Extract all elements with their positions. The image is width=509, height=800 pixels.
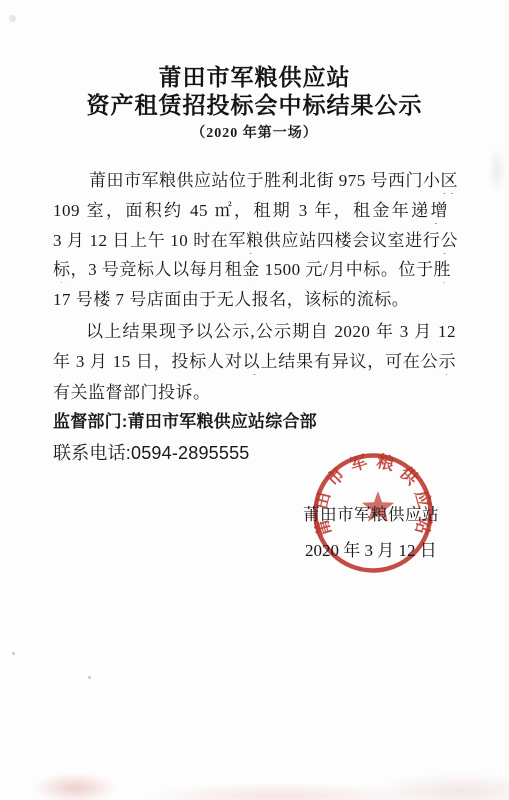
scan-speck	[12, 652, 15, 655]
body-line: 3 月 12 日上午 10 时在军粮供应站四楼会议室进行公开招投	[53, 230, 458, 254]
scanned-notice-page: 莆田市军粮供应站 资产租赁招投标会中标结果公示 （2020 年第一场） 莆田市军…	[0, 0, 509, 800]
body-line: 有关监督部门投诉。	[53, 381, 211, 405]
body-line: 109 室，面积约 45 ㎡，租期 3 年，租金年递增 3%。于 2020 年	[53, 200, 448, 224]
body-line: 17 号楼 7 号店面由于无人报名，该标的流标。	[53, 288, 409, 312]
notice-subtitle-session: （2020 年第一场）	[0, 122, 509, 142]
signature-date: 2020 年 3 月 12 日	[305, 536, 437, 561]
body-line: 以上结果现予以公示,公示期自 2020 年 3 月 12 日至 2020	[86, 321, 456, 345]
body-line: 年 3 月 15 日，投标人对以上结果有异议，可在公示期内向	[53, 351, 456, 375]
scan-smudge	[0, 758, 509, 800]
supervisor-department-line: 监督部门:莆田市军粮供应站综合部	[53, 410, 317, 434]
scan-speck	[88, 676, 91, 679]
scan-smudge	[488, 146, 506, 194]
body-line: 标，3 号竞标人以每月租金 1500 元/月中标。位于胜利北路	[53, 259, 451, 283]
scan-speck	[9, 15, 16, 22]
seal-arc-text: 莆田市军粮供应站	[312, 451, 435, 539]
contact-phone-line: 联系电话:0594-2895555	[53, 441, 250, 465]
notice-title-line2: 资产租赁招投标会中标结果公示	[0, 87, 509, 120]
signature-org: 莆田市军粮供应站	[303, 501, 439, 525]
body-line: 莆田市军粮供应站位于胜利北街 975 号西门小区 11 号楼	[89, 170, 458, 194]
